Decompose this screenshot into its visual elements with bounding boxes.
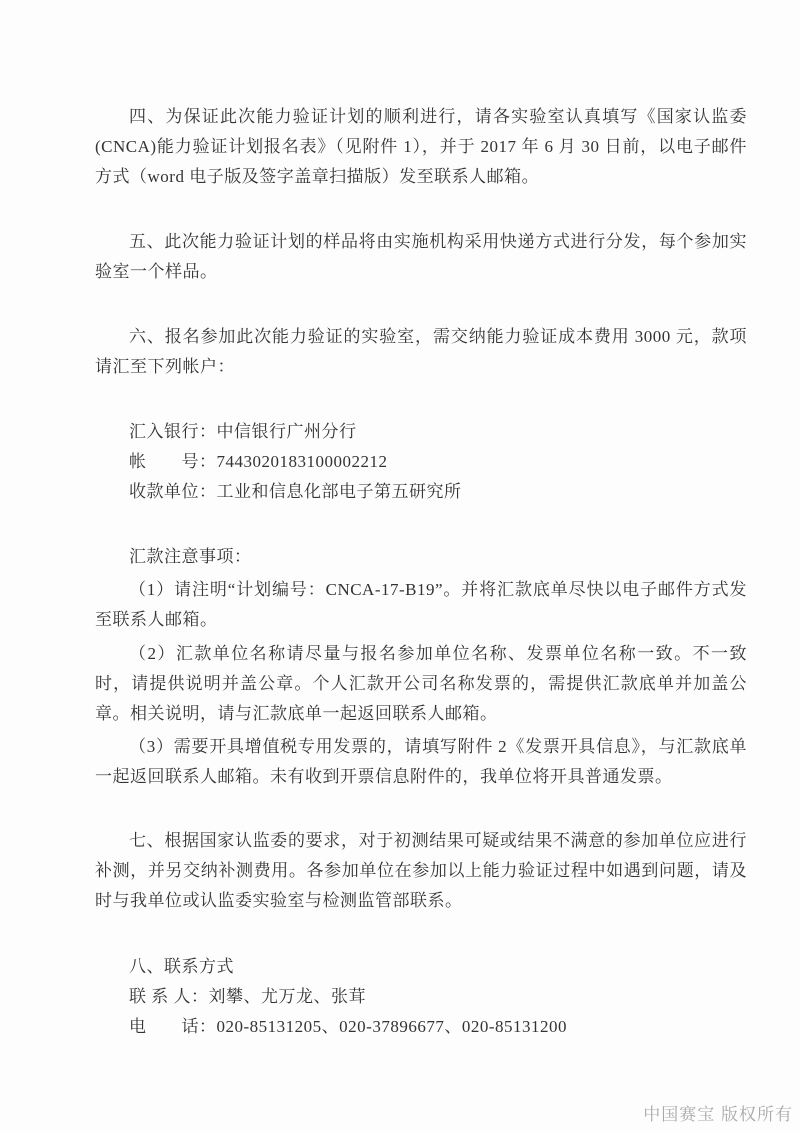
section-5-paragraph: 五、此次能力验证计划的样品将由实施机构采用快递方式进行分发，每个参加实验室一个样… — [95, 227, 747, 287]
remittance-note-3: （3）需要开具增值税专用发票的，请填写附件 2《发票开具信息》，与汇款底单一起返… — [95, 732, 747, 792]
remittance-note-1: （1）请注明“计划编号：CNCA-17-B19”。并将汇款底单尽快以电子邮件方式… — [95, 575, 747, 635]
section-4-paragraph: 四、为保证此次能力验证计划的顺利进行，请各实验室认真填写《国家认监委(CNCA)… — [95, 102, 747, 192]
scanned-document-page: 四、为保证此次能力验证计划的顺利进行，请各实验室认真填写《国家认监委(CNCA)… — [0, 0, 800, 1131]
remittance-note-2: （2）汇款单位名称请尽量与报名参加单位名称、发票单位名称一致。不一致时，请提供说… — [95, 639, 747, 729]
remittance-notes-header: 汇款注意事项： — [95, 542, 747, 572]
section-6-paragraph: 六、报名参加此次能力验证的实验室，需交纳能力验证成本费用 3000 元，款项请汇… — [95, 322, 747, 382]
account-number-line: 帐 号：7443020183100002212 — [95, 447, 747, 477]
bank-account-block: 汇入银行：中信银行广州分行 帐 号：7443020183100002212 收款… — [95, 417, 747, 507]
contact-section-header: 八、联系方式 — [95, 952, 747, 982]
contact-person-line: 联 系 人：刘攀、尤万龙、张茸 — [95, 982, 747, 1012]
section-7-paragraph: 七、根据国家认监委的要求，对于初测结果可疑或结果不满意的参加单位应进行补测，并另… — [95, 826, 747, 916]
payee-line: 收款单位：工业和信息化部电子第五研究所 — [95, 477, 747, 507]
copyright-watermark: 中国赛宝 版权所有 — [643, 1100, 793, 1125]
contact-block: 八、联系方式 联 系 人：刘攀、尤万龙、张茸 电 话：020-85131205、… — [95, 952, 747, 1042]
document-body: 四、为保证此次能力验证计划的顺利进行，请各实验室认真填写《国家认监委(CNCA)… — [95, 102, 747, 1042]
contact-phone-line: 电 话：020-85131205、020-37896677、020-851312… — [95, 1012, 747, 1042]
bank-name-line: 汇入银行：中信银行广州分行 — [95, 417, 747, 447]
